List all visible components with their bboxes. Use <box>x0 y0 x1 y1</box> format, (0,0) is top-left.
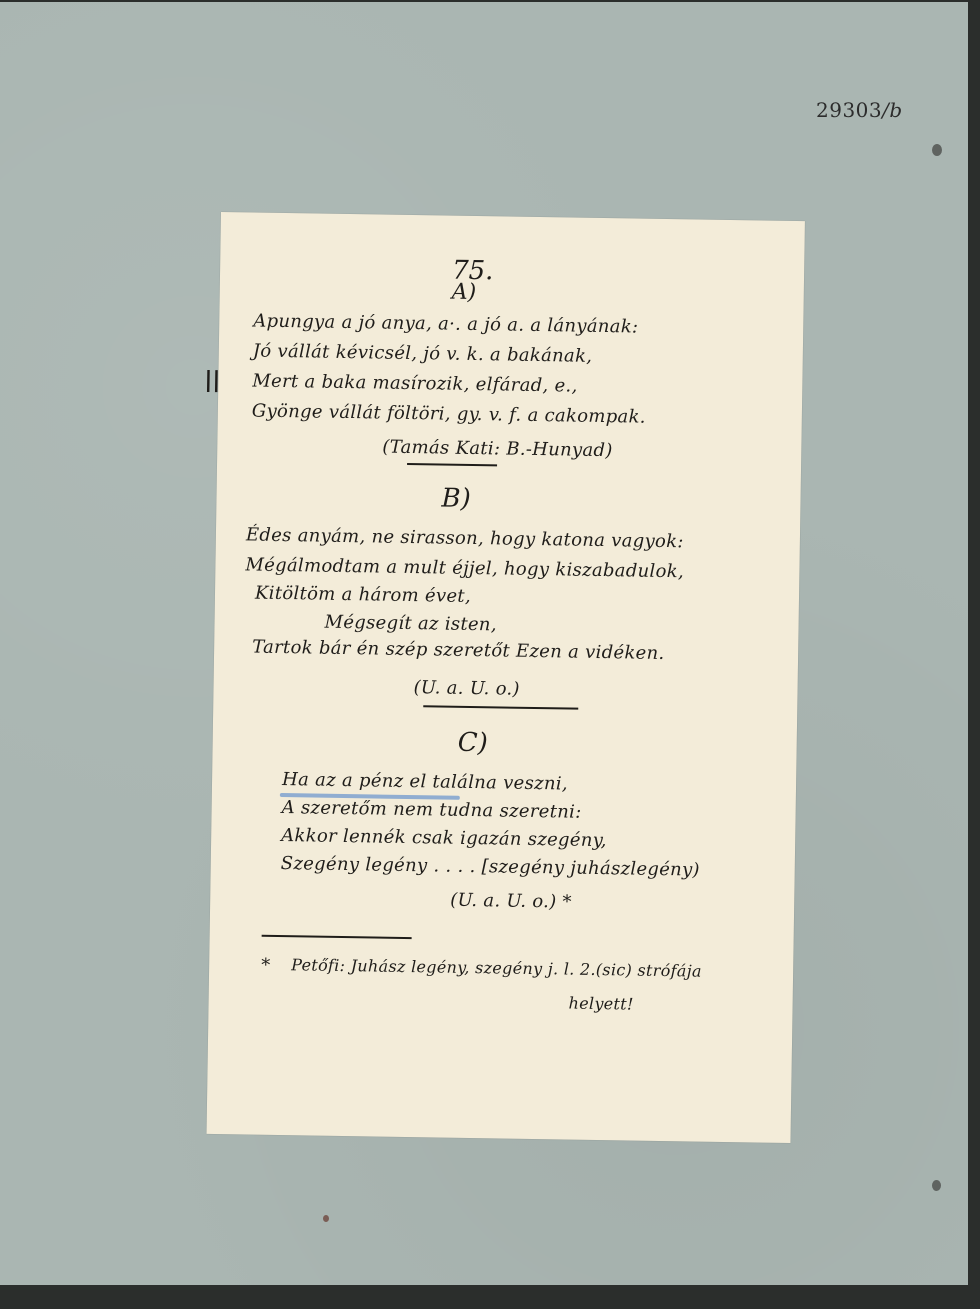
section-a-line-4: Gyönge vállát föltöri, gy. v. f. a cakom… <box>252 401 646 428</box>
source-underline <box>423 705 578 709</box>
footnote-line-1: Petőfi: Juhász legény, szegény j. l. 2.(… <box>291 955 702 980</box>
section-b-line-1: Édes anyám, ne sirasson, hogy katona vag… <box>246 524 684 552</box>
source-underline <box>407 463 497 466</box>
catalog-number-suffix: /b <box>882 98 903 122</box>
section-c-label: C) <box>457 728 488 758</box>
catalog-number-main: 29303 <box>816 98 882 122</box>
binding-hole-icon <box>932 1180 941 1191</box>
section-a-source: (Tamás Kati: B.-Hunyad) <box>382 437 613 462</box>
section-a-line-3: Mert a baka masírozik, elfárad, e., <box>252 371 578 397</box>
section-c-source: (U. a. U. o.) * <box>450 890 572 913</box>
footnote-marker: * <box>261 955 271 976</box>
manuscript-sheet: 75. A) || Apungya a jó anya, a·. a jó a.… <box>207 212 805 1143</box>
section-c-line-4: Szegény legény . . . . [szegény juhászle… <box>281 853 700 881</box>
footnote-line-2: helyett! <box>568 994 633 1014</box>
section-c-line-2: A szeretőm nem tudna szeretni: <box>281 797 581 823</box>
section-a-line-2: Jó vállát kévicsél, jó v. k. a bakának, <box>253 341 593 367</box>
margin-double-bar-mark: || <box>204 368 220 393</box>
binding-hole-icon <box>932 144 942 156</box>
archive-mount-board: 29303/b 75. A) || Apungya a jó anya, a·.… <box>0 2 968 1285</box>
section-c-line-1: Ha az a pénz el találna veszni, <box>282 769 568 794</box>
section-c-line-3: Akkor lennék csak igazán szegény, <box>281 825 607 851</box>
section-b-line-3: Kitöltöm a három évet, <box>255 583 471 607</box>
section-b-line-4: Mégsegít az isten, <box>324 612 497 636</box>
section-b-line-2: Mégálmodtam a mult éjjel, hogy kiszabadu… <box>245 554 684 582</box>
section-b-label: B) <box>441 484 471 514</box>
section-a-line-1: Apungya a jó anya, a·. a jó a. a lányána… <box>253 311 638 338</box>
section-a-label: A) <box>452 280 477 305</box>
catalog-number: 29303/b <box>816 98 903 122</box>
footnote-separator <box>262 935 412 939</box>
section-b-line-5: Tartok bár én szép szeretőt Ezen a vidék… <box>252 637 665 664</box>
stain-spot-icon <box>323 1215 329 1222</box>
section-b-source: (U. a. U. o.) <box>413 677 520 700</box>
